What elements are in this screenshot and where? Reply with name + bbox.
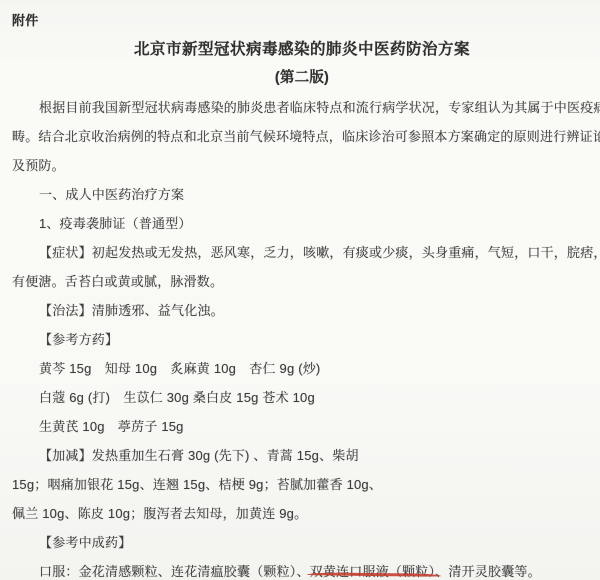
- oral-line-prefix: 口服：金花清感颗粒、连花清瘟胶囊（颗粒）、: [39, 564, 310, 579]
- herb-line: 黄芩 15g 知母 10g 炙麻黄 10g 杏仁 9g (炒): [12, 354, 592, 383]
- oral-line-suffix: 、清开灵胶囊等。: [435, 564, 541, 579]
- doc-subtitle: (第二版): [12, 64, 592, 93]
- modification-line: 15g；咽痛加银花 15g、连翘 15g、桔梗 9g；苔腻加藿香 10g、: [12, 470, 592, 499]
- symptoms-line: 【症状】初起发热或无发热，恶风寒，乏力，咳嗽，有痰或少痰，头身重痛，气短，口干，…: [12, 238, 592, 267]
- document: 附件 北京市新型冠状病毒感染的肺炎中医药防治方案 (第二版) 根据目前我国新型冠…: [0, 0, 600, 580]
- doc-title: 北京市新型冠状病毒感染的肺炎中医药防治方案: [12, 35, 592, 64]
- section-heading: 一、成人中医药治疗方案: [12, 180, 592, 209]
- patent-heading: 【参考中成药】: [12, 528, 592, 557]
- modification-line: 佩兰 10g、陈皮 10g；腹泻者去知母，加黄连 9g。: [12, 499, 592, 528]
- subsection-heading: 1、疫毒袭肺证（普通型）: [12, 209, 592, 238]
- oral-line: 口服：金花清感颗粒、连花清瘟胶囊（颗粒）、双黄连口服液（颗粒）、清开灵胶囊等。: [12, 557, 592, 580]
- intro-line: 根据目前我国新型冠状病毒感染的肺炎患者临床特点和流行病学状况，专家组认为其属于中…: [12, 93, 592, 122]
- modification-line: 【加减】发热重加生石膏 30g (先下) 、青蒿 15g、柴胡: [12, 441, 592, 470]
- underlined-drug-name: 双黄连口服液（颗粒）: [310, 564, 436, 579]
- intro-line: 畴。结合北京收治病例的特点和北京当前气候环境特点，临床诊治可参照本方案确定的原则…: [12, 122, 592, 151]
- herb-line: 生黄芪 10g 葶苈子 15g: [12, 412, 592, 441]
- formula-heading: 【参考方药】: [12, 325, 592, 354]
- attachment-label: 附件: [12, 6, 592, 35]
- treatment-line: 【治法】清肺透邪、益气化浊。: [12, 296, 592, 325]
- symptoms-line: 有便溏。舌苔白或黄或腻，脉滑数。: [12, 267, 592, 296]
- herb-line: 白蔻 6g (打) 生苡仁 30g 桑白皮 15g 苍术 10g: [12, 383, 592, 412]
- intro-line: 及预防。: [12, 151, 592, 180]
